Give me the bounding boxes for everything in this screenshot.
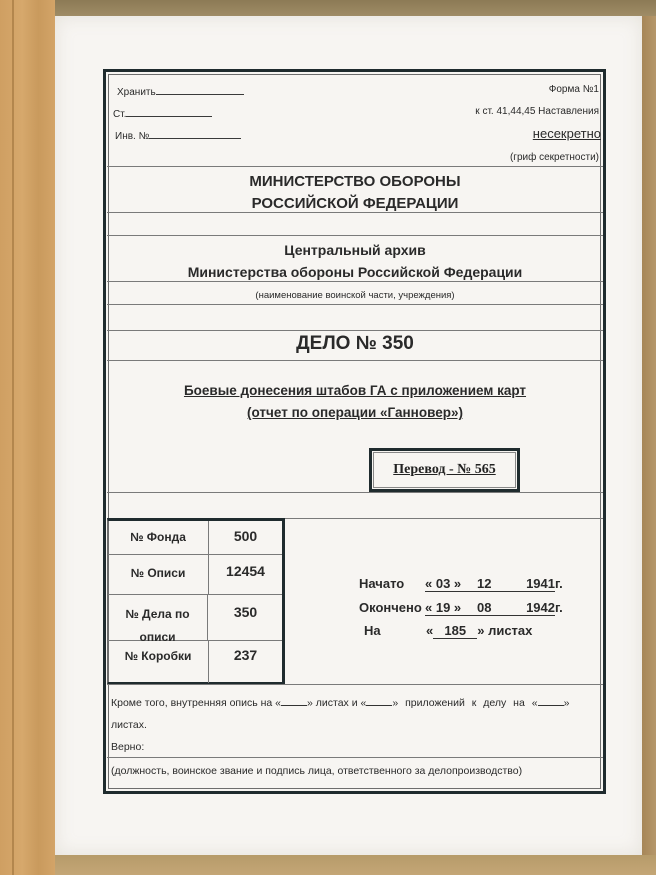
unit-name-caption: (наименование воинской части, учреждения… — [107, 290, 603, 301]
end-date: Окончено« 19 »081942г. — [359, 600, 563, 616]
fond-label: № Фонда — [108, 521, 209, 554]
end-year: 1942 — [515, 600, 555, 615]
classification-caption: (гриф секретности) — [510, 152, 599, 163]
end-month: 08 — [477, 600, 515, 615]
ministry-line-1: МИНИСТЕРСТВО ОБОРОНЫ — [107, 173, 603, 190]
inventory-note-part: » приложений к делу на « — [392, 697, 537, 709]
blank-field — [538, 696, 564, 706]
fond-value: 500 — [209, 521, 282, 554]
case-title: ДЕЛО № 350 — [107, 333, 603, 355]
table-row: № Коробки 237 — [108, 641, 282, 683]
archive-line-1: Центральный архив — [107, 242, 603, 258]
row-divider — [107, 281, 603, 282]
row-divider — [107, 212, 603, 213]
case-by-opis-value: 350 — [209, 595, 282, 640]
inventory-note-line-1: Кроме того, внутренняя опись на «» листа… — [111, 696, 569, 709]
sheet-count: На«185» листах — [364, 623, 532, 639]
folder-cardboard-top — [55, 0, 656, 16]
year-suffix: г. — [555, 576, 563, 591]
box-value: 237 — [209, 641, 282, 683]
box-label: № Коробки — [108, 641, 209, 683]
verified-label: Верно: — [111, 741, 144, 753]
row-divider — [107, 492, 603, 493]
sheets-suffix: » листах — [477, 623, 532, 638]
article-label: Ст. — [113, 109, 126, 120]
row-divider — [107, 235, 603, 236]
case-subject-line-1: Боевые донесения штабов ГА с приложением… — [107, 383, 603, 398]
translation-number-box: Перевод - № 565 — [369, 448, 520, 492]
start-date-label: Начато — [359, 576, 425, 591]
start-date: Начато« 03 »121941г. — [359, 576, 563, 592]
form-number: Форма №1 — [549, 84, 599, 95]
folder-cardboard-bottom — [55, 855, 656, 875]
article-field: Ст. — [113, 106, 212, 120]
table-row: № Описи 12454 — [108, 555, 282, 595]
start-month: 12 — [477, 576, 515, 591]
inventory-note-part: » листах и « — [307, 697, 366, 709]
inventory-note-line-2: листах. — [111, 719, 147, 731]
archive-reference-table: № Фонда 500 № Описи 12454 № Дела по опис… — [107, 518, 285, 685]
sheet-count-value: 185 — [433, 623, 477, 639]
row-divider — [107, 360, 603, 361]
store-field: Хранить — [117, 84, 244, 98]
start-day: « 03 » — [425, 576, 477, 591]
inventory-note-part: » — [564, 697, 570, 709]
folder-cardboard-left — [0, 0, 55, 875]
table-row: № Дела по описи 350 — [108, 595, 282, 641]
row-divider — [107, 304, 603, 305]
blank-field — [281, 696, 307, 706]
end-date-label: Окончено — [359, 600, 425, 615]
inventory-field: Инв. № — [115, 128, 241, 142]
row-divider — [107, 757, 603, 758]
quote-open: « — [426, 623, 433, 638]
signature-caption: (должность, воинское звание и подпись ли… — [111, 765, 522, 777]
opis-label: № Описи — [108, 555, 209, 594]
regulation-reference: к ст. 41,44,45 Наставления — [475, 106, 599, 117]
case-by-opis-label: № Дела по описи — [108, 595, 208, 640]
start-year: 1941 — [515, 576, 555, 591]
opis-value: 12454 — [209, 555, 282, 594]
translation-number: Перевод - № 565 — [393, 462, 495, 478]
year-suffix: г. — [555, 600, 563, 615]
store-label: Хранить — [117, 87, 156, 98]
classification-stamp: несекретно — [533, 126, 601, 141]
archive-line-2: Министерства обороны Российской Федераци… — [107, 264, 603, 280]
inventory-note-part: Кроме того, внутренняя опись на « — [111, 697, 281, 709]
inventory-label: Инв. № — [115, 131, 149, 142]
blank-field — [366, 696, 392, 706]
row-divider — [107, 330, 603, 331]
folder-cardboard-right — [642, 16, 656, 875]
row-divider — [107, 166, 603, 167]
ministry-line-2: РОССИЙСКОЙ ФЕДЕРАЦИИ — [107, 195, 603, 212]
sheet-count-label: На — [364, 623, 426, 638]
row-divider — [107, 684, 603, 685]
end-day: « 19 » — [425, 600, 477, 615]
case-subject-line-2: (отчет по операции «Ганновер») — [107, 405, 603, 420]
table-row: № Фонда 500 — [108, 521, 282, 555]
